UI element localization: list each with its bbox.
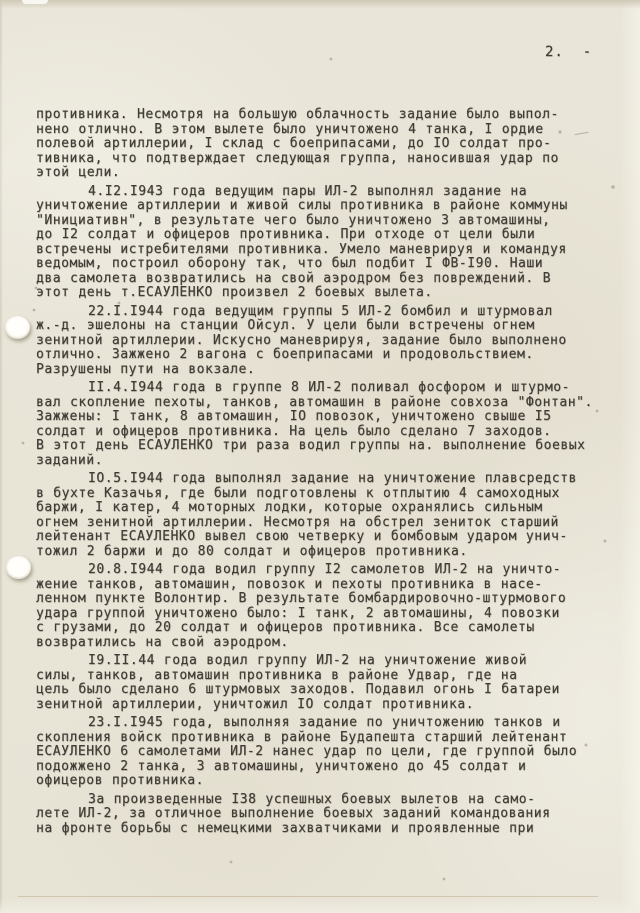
text-line: ведомым, построил оборону так, что был п… xyxy=(36,257,602,272)
paragraph: За произведенные I38 успешных боевых выл… xyxy=(36,793,602,837)
text-line: "Инициативн", в результате чего было уни… xyxy=(36,214,602,229)
text-line: в бухте Казачья, где были подготовлены к… xyxy=(36,487,602,502)
document-text: противника. Несмотря на большую облачнос… xyxy=(36,108,602,840)
text-line: огнем зенитной артиллерии. Несмотря на о… xyxy=(36,516,602,531)
text-line: удара группой уничтожено было: I танк, 2… xyxy=(36,607,602,622)
punch-hole-bottom xyxy=(6,556,31,579)
scan-top-edge xyxy=(0,0,640,9)
paragraph: 4.I2.I943 года ведущим пары ИЛ-2 выполня… xyxy=(36,185,602,301)
text-line: этот день т.ЕСАУЛЕНКО произвел 2 боевых … xyxy=(36,286,602,301)
text-line: I9.II.44 года водил группу ИЛ-2 на уничт… xyxy=(36,654,602,669)
text-line: 20.8.I944 года водил группу I2 самолетов… xyxy=(36,563,602,578)
text-line: ЕСАУЛЕНКО 6 самолетами ИЛ-2 нанес удар п… xyxy=(36,745,602,760)
text-line: офицеров противника. xyxy=(36,774,602,789)
text-line: на фронте борьбы с немецкими захватчикам… xyxy=(36,822,602,837)
text-line: Разрушены пути на вокзале. xyxy=(36,363,602,378)
text-line: заданий. xyxy=(36,454,602,469)
text-line: IO.5.I944 года выполнял задание на уничт… xyxy=(36,472,602,487)
paragraph: I9.II.44 года водил группу ИЛ-2 на уничт… xyxy=(36,654,602,712)
text-line: лете ИЛ-2, за отличное выполнение боевых… xyxy=(36,807,602,822)
punch-hole-top xyxy=(5,316,30,339)
text-line: с грузами, до 20 солдат и офицеров проти… xyxy=(36,621,602,636)
paper-edge-notch xyxy=(22,0,48,4)
text-line: встречены истребителями противника. Умел… xyxy=(36,243,602,258)
paragraph: 22.I.I944 года ведущим группы 5 ИЛ-2 бом… xyxy=(36,305,602,378)
paragraph: противника. Несмотря на большую облачнос… xyxy=(36,108,602,181)
text-line: зенитной артиллерии. Искусно маневрируя,… xyxy=(36,334,602,349)
text-line: Зажжены: I танк, 8 автомашин, IO повозок… xyxy=(36,410,602,425)
text-line: солдат и офицеров противника. На цель бы… xyxy=(36,425,602,440)
text-line: лейтенант ЕСАУЛЕНКО вывел свою четверку … xyxy=(36,530,602,545)
text-line: жение танков, автомашин, повозок и пехот… xyxy=(36,578,602,593)
paragraph: 23.I.I945 года, выполняя задание по унич… xyxy=(36,716,602,789)
text-line: ленном пункте Волонтир. В результате бом… xyxy=(36,592,602,607)
text-line: отлично. Зажжено 2 вагона с боеприпасами… xyxy=(36,348,602,363)
text-line: два самолета возвратились на свой аэродр… xyxy=(36,272,602,287)
scan-bottom-edge xyxy=(0,898,640,913)
text-line: нено отлично. В этом вылете было уничтож… xyxy=(36,123,602,138)
text-line: тивника, что подтверждает следующая груп… xyxy=(36,152,602,167)
text-line: тожил 2 баржи и до 80 солдат и офицеров … xyxy=(36,545,602,560)
text-line: цель было сделано 6 штурмовых заходов. П… xyxy=(36,683,602,698)
scanned-document-page: 2. - противника. Несмотря на большую обл… xyxy=(0,0,640,913)
text-line: зенитной артиллерии, уничтожил IO солдат… xyxy=(36,698,602,713)
scan-bottom-crease xyxy=(18,896,598,897)
text-line: За произведенные I38 успешных боевых выл… xyxy=(36,793,602,808)
text-line: вал скопление пехоты, танков, автомашин … xyxy=(36,396,602,411)
paragraph: 20.8.I944 года водил группу I2 самолетов… xyxy=(36,563,602,650)
text-line: противника. Несмотря на большую облачнос… xyxy=(36,108,602,123)
text-line: уничтожение артиллерии и живой силы прот… xyxy=(36,199,602,214)
text-line: В этот день ЕСАУЛЕНКО три раза водил гру… xyxy=(36,439,602,454)
text-line: скопления войск противника в районе Буда… xyxy=(36,731,602,746)
text-line: полевой артиллерии, I склад с боеприпаса… xyxy=(36,137,602,152)
text-line: 22.I.I944 года ведущим группы 5 ИЛ-2 бом… xyxy=(36,305,602,320)
text-line: 4.I2.I943 года ведущим пары ИЛ-2 выполня… xyxy=(36,185,602,200)
text-line: до I2 солдат и офицеров противника. При … xyxy=(36,228,602,243)
text-line: II.4.I944 года в группе 8 ИЛ-2 поливал ф… xyxy=(36,381,602,396)
text-line: ж.-д. эшелоны на станции Ойсул. У цели б… xyxy=(36,319,602,334)
text-line: возвратились на свой аэродром. xyxy=(36,636,602,651)
text-line: подожжено 2 танка, 3 автомашины, уничтож… xyxy=(36,760,602,775)
text-line: силы, танков, автомашин противника в рай… xyxy=(36,669,602,684)
text-line: 23.I.I945 года, выполняя задание по унич… xyxy=(36,716,602,731)
page-number: 2. - xyxy=(545,44,592,60)
text-line: баржи, I катер, 4 моторных лодки, которы… xyxy=(36,501,602,516)
paragraph: II.4.I944 года в группе 8 ИЛ-2 поливал ф… xyxy=(36,381,602,468)
paragraph: IO.5.I944 года выполнял задание на уничт… xyxy=(36,472,602,559)
text-line: этой цели. xyxy=(36,166,602,181)
